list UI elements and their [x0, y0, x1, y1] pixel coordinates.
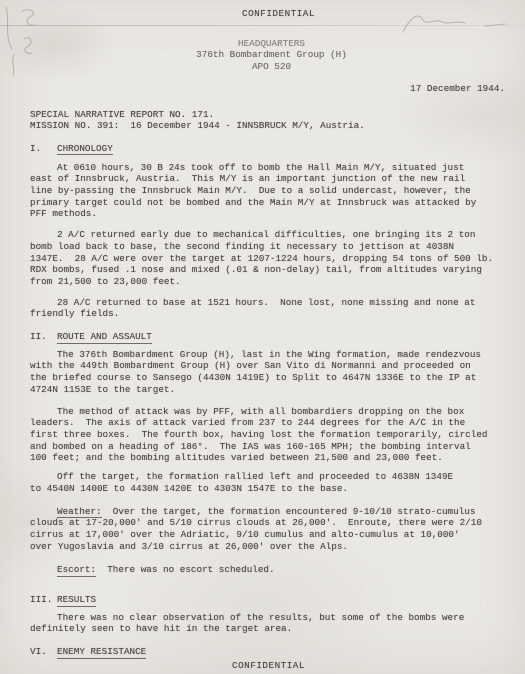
section-title: ROUTE AND ASSAULT: [57, 331, 152, 344]
report-title: SPECIAL NARRATIVE REPORT NO. 171.: [30, 109, 507, 121]
route-paragraph-2: The method of attack was by PFF, with al…: [30, 406, 507, 465]
letterhead-group: 376th Bombardment Group (H): [33, 49, 510, 61]
letterhead: HEADQUARTERS 376th Bombardment Group (H)…: [33, 38, 510, 73]
section-number: I.: [30, 143, 57, 155]
section-heading-enemy-resistance: VI.ENEMY RESISTANCE: [30, 646, 507, 658]
route-paragraph-1: The 376th Bombardment Group (H), last in…: [30, 349, 507, 396]
section-title: CHRONOLOGY: [57, 143, 113, 156]
classification-bottom: CONFIDENTIAL: [30, 660, 507, 672]
mission-line: MISSION NO. 391: 16 December 1944 - INNS…: [30, 120, 507, 132]
paper-crease: [0, 25, 525, 26]
section-heading-route-and-assault: II.ROUTE AND ASSAULT: [30, 331, 507, 343]
section-heading-chronology: I.CHRONOLOGY: [30, 143, 507, 155]
weather-first-line-text: Over the target, the formation encounter…: [102, 506, 476, 517]
section-number: VI.: [30, 646, 57, 658]
paper-speckles: [0, 0, 1, 1]
title-block: SPECIAL NARRATIVE REPORT NO. 171. MISSIO…: [30, 109, 507, 132]
section-title: RESULTS: [57, 594, 96, 607]
route-paragraph-3: Off the target, the formation rallied le…: [30, 471, 507, 494]
classification-top: CONFIDENTIAL: [40, 8, 517, 20]
weather-paragraph: Weather: Over the target, the formation …: [30, 506, 507, 553]
letterhead-headquarters: HEADQUARTERS: [33, 38, 510, 50]
chronology-paragraph-2: 2 A/C returned early due to mechanical d…: [30, 229, 507, 288]
escort-line: Escort: There was no escort scheduled.: [30, 564, 507, 576]
escort-text: There was no escort scheduled.: [96, 564, 275, 575]
section-title: ENEMY RESISTANCE: [57, 646, 146, 659]
chronology-paragraph-1: At 0610 hours, 30 B 24s took off to bomb…: [30, 162, 507, 221]
section-heading-results: III.RESULTS: [30, 594, 507, 606]
section-number: III.: [30, 594, 57, 606]
letterhead-apo: APO 520: [33, 61, 510, 73]
weather-continuation-lines: clouds at 17-20,000' and 5/10 cirrus clo…: [30, 517, 507, 552]
chronology-paragraph-3: 28 A/C returned to base at 1521 hours. N…: [30, 297, 507, 320]
scanned-document-page: CONFIDENTIAL HEADQUARTERS 376th Bombardm…: [0, 0, 525, 674]
escort-label: Escort:: [57, 564, 96, 577]
section-number: II.: [30, 331, 57, 343]
weather-first-line: Weather: Over the target, the formation …: [30, 506, 507, 518]
results-paragraph-1: There was no clear observation of the re…: [30, 612, 507, 635]
date-line: 17 December 1944.: [30, 83, 507, 95]
